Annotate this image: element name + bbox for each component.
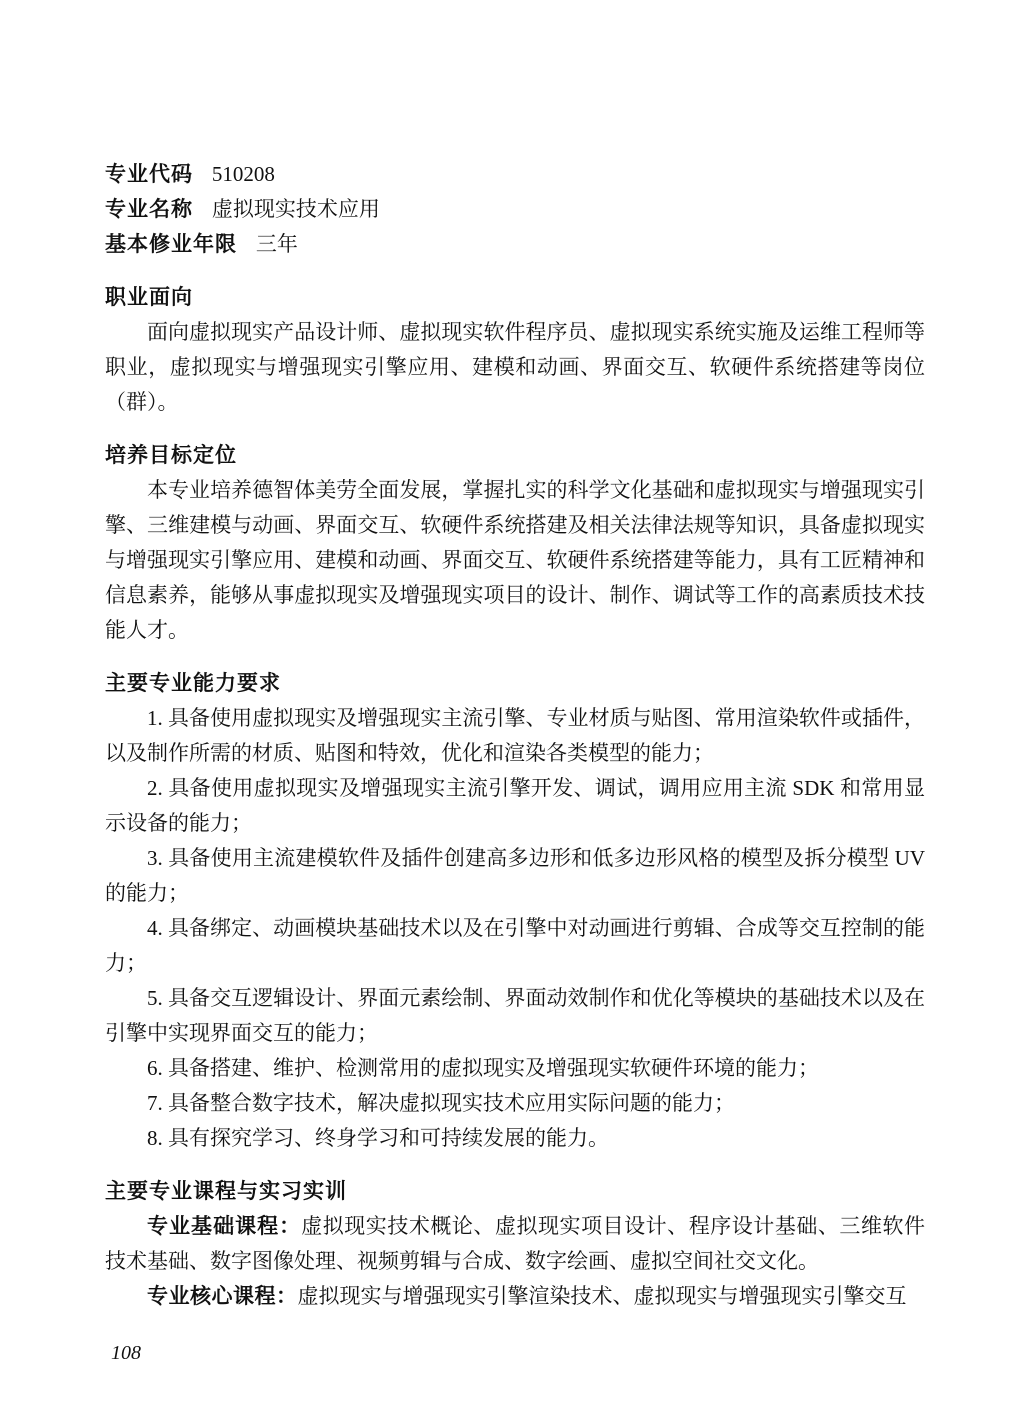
header-fields: 专业代码510208 专业名称虚拟现实技术应用 基本修业年限三年	[105, 157, 925, 262]
field-study-years-label: 基本修业年限	[105, 233, 237, 256]
ability-item-4: 4. 具备绑定、动画模块基础技术以及在引擎中对动画进行剪辑、合成等交互控制的能力…	[105, 911, 925, 981]
basic-courses-paragraph: 专业基础课程：虚拟现实技术概论、虚拟现实项目设计、程序设计基础、三维软件技术基础…	[105, 1209, 925, 1279]
ability-item-5: 5. 具备交互逻辑设计、界面元素绘制、界面动效制作和优化等模块的基础技术以及在引…	[105, 981, 925, 1051]
field-study-years-value: 三年	[256, 232, 298, 256]
ability-item-7: 7. 具备整合数字技术，解决虚拟现实技术应用实际问题的能力；	[105, 1086, 925, 1121]
document-page: 专业代码510208 专业名称虚拟现实技术应用 基本修业年限三年 职业面向 面向…	[0, 0, 1024, 1426]
section-heading-courses: 主要专业课程与实习实训	[105, 1174, 925, 1209]
field-study-years: 基本修业年限三年	[105, 227, 925, 262]
section-heading-training-objective: 培养目标定位	[105, 438, 925, 473]
field-major-name-label: 专业名称	[105, 198, 193, 221]
section-heading-career-orientation: 职业面向	[105, 280, 925, 315]
field-major-name-value: 虚拟现实技术应用	[212, 197, 380, 221]
ability-item-1: 1. 具备使用虚拟现实及增强现实主流引擎、专业材质与贴图、常用渲染软件或插件，以…	[105, 701, 925, 771]
ability-item-2: 2. 具备使用虚拟现实及增强现实主流引擎开发、调试，调用应用主流 SDK 和常用…	[105, 771, 925, 841]
core-courses-lead: 专业核心课程：	[147, 1285, 298, 1308]
section-heading-ability-requirements: 主要专业能力要求	[105, 666, 925, 701]
page-number: 108	[111, 1336, 925, 1371]
field-major-name: 专业名称虚拟现实技术应用	[105, 192, 925, 227]
core-courses-paragraph: 专业核心课程：虚拟现实与增强现实引擎渲染技术、虚拟现实与增强现实引擎交互	[105, 1279, 925, 1314]
basic-courses-lead: 专业基础课程：	[147, 1215, 301, 1238]
field-major-code-value: 510208	[212, 162, 275, 186]
field-major-code: 专业代码510208	[105, 157, 925, 192]
field-major-code-label: 专业代码	[105, 163, 193, 186]
training-objective-paragraph: 本专业培养德智体美劳全面发展，掌握扎实的科学文化基础和虚拟现实与增强现实引擎、三…	[105, 473, 925, 648]
ability-item-6: 6. 具备搭建、维护、检测常用的虚拟现实及增强现实软硬件环境的能力；	[105, 1051, 925, 1086]
career-orientation-paragraph: 面向虚拟现实产品设计师、虚拟现实软件程序员、虚拟现实系统实施及运维工程师等职业，…	[105, 315, 925, 420]
core-courses-text: 虚拟现实与增强现实引擎渲染技术、虚拟现实与增强现实引擎交互	[298, 1284, 907, 1308]
ability-item-8: 8. 具有探究学习、终身学习和可持续发展的能力。	[105, 1121, 925, 1156]
ability-item-3: 3. 具备使用主流建模软件及插件创建高多边形和低多边形风格的模型及拆分模型 UV…	[105, 841, 925, 911]
